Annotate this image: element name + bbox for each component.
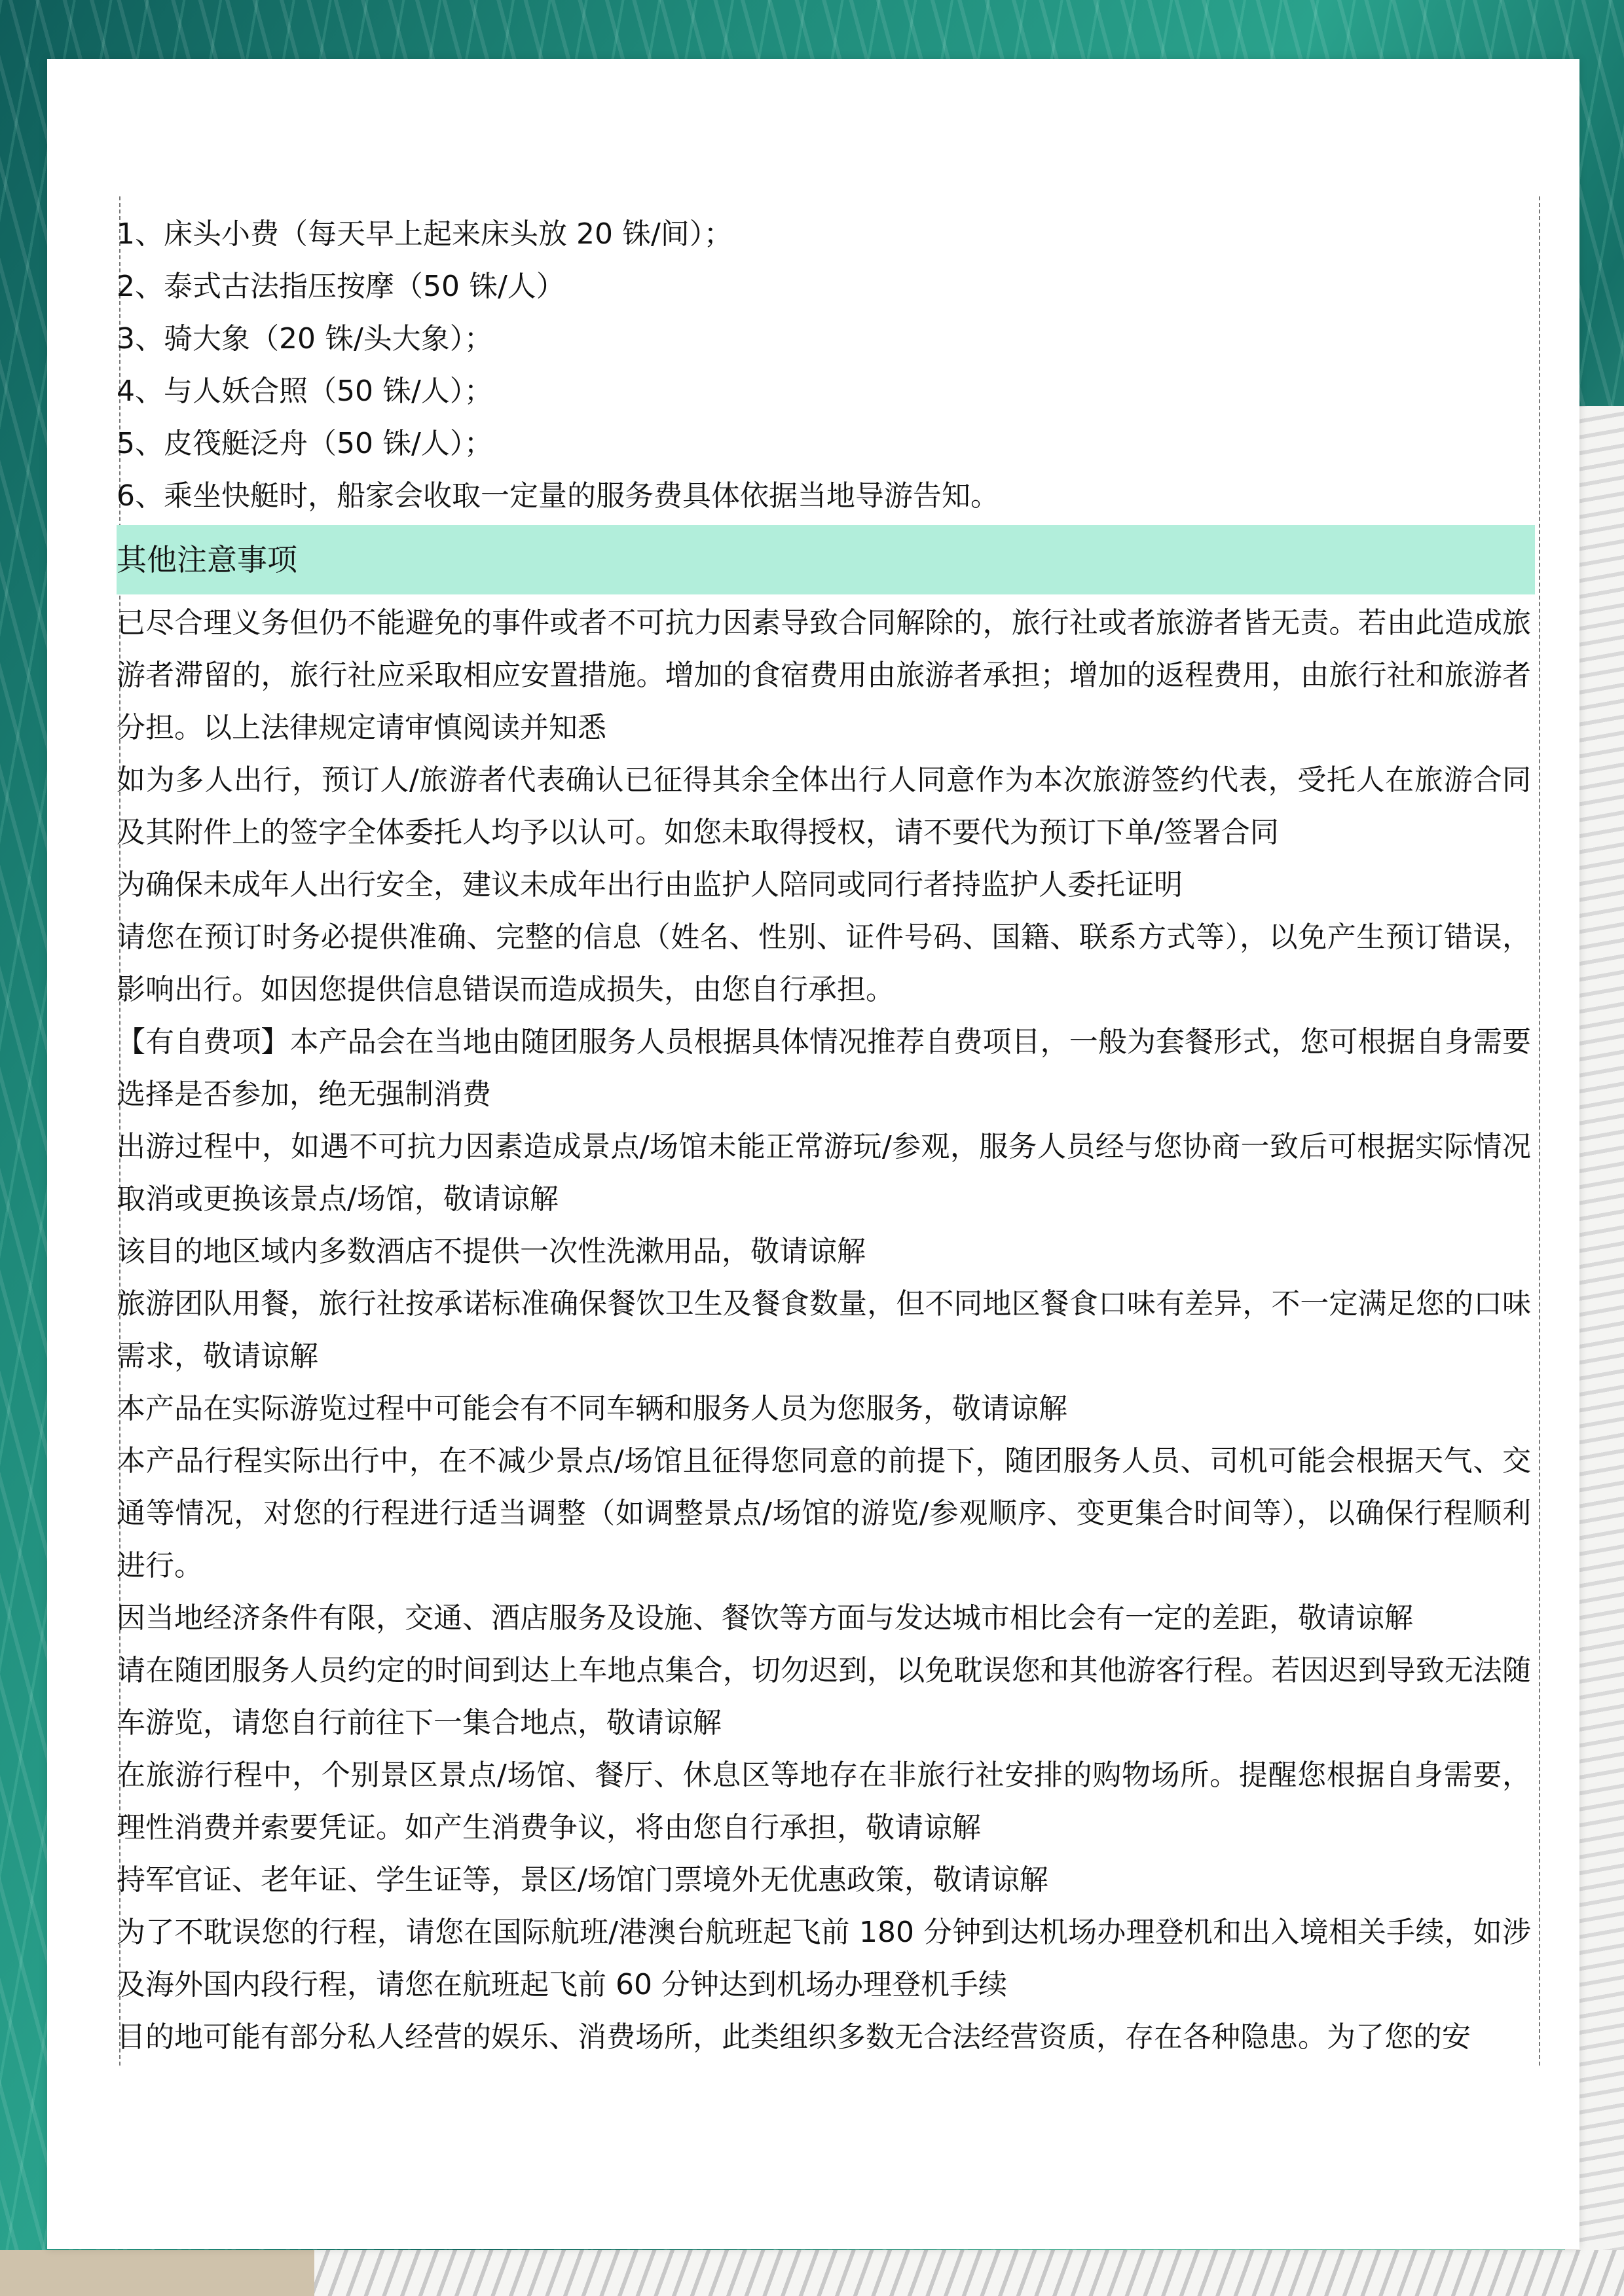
fee-item: 3、骑大象（20 铢/头大象）； [117, 313, 1535, 365]
fee-item: 6、乘坐快艇时，船家会收取一定量的服务费具体依据当地导游告知。 [117, 470, 1535, 522]
document-content: 1、床头小费（每天早上起来床头放 20 铢/间）； 2、泰式古法指压按摩（50 … [117, 208, 1535, 2064]
notice-paragraph: 因当地经济条件有限，交通、酒店服务及设施、餐饮等方面与发达城市相比会有一定的差距… [117, 1592, 1535, 1645]
fee-item: 1、床头小费（每天早上起来床头放 20 铢/间）； [117, 208, 1535, 261]
fee-item-list: 1、床头小费（每天早上起来床头放 20 铢/间）； 2、泰式古法指压按摩（50 … [117, 208, 1535, 522]
notice-paragraph: 请您在预订时务必提供准确、完整的信息（姓名、性别、证件号码、国籍、联系方式等），… [117, 911, 1535, 1016]
notice-paragraph: 为了不耽误您的行程，请您在国际航班/港澳台航班起飞前 180 分钟到达机场办理登… [117, 1906, 1535, 2011]
fee-item: 4、与人妖合照（50 铢/人）； [117, 365, 1535, 418]
background-bottom-texture [0, 2250, 1624, 2296]
notice-paragraph: 本产品在实际游览过程中可能会有不同车辆和服务人员为您服务，敬请谅解 [117, 1383, 1535, 1435]
notice-paragraph: 持军官证、老年证、学生证等，景区/场馆门票境外无优惠政策，敬请谅解 [117, 1854, 1535, 1906]
notice-paragraph: 已尽合理义务但仍不能避免的事件或者不可抗力因素导致合同解除的，旅行社或者旅游者皆… [117, 597, 1535, 754]
notice-paragraph: 旅游团队用餐，旅行社按承诺标准确保餐饮卫生及餐食数量，但不同地区餐食口味有差异，… [117, 1278, 1535, 1383]
notice-paragraph: 如为多人出行，预订人/旅游者代表确认已征得其余全体出行人同意作为本次旅游签约代表… [117, 754, 1535, 859]
notice-paragraph: 本产品行程实际出行中，在不减少景点/场馆且征得您同意的前提下，随团服务人员、司机… [117, 1435, 1535, 1592]
notice-paragraph: 【有自费项】本产品会在当地由随团服务人员根据具体情况推荐自费项目，一般为套餐形式… [117, 1016, 1535, 1121]
fee-item: 2、泰式古法指压按摩（50 铢/人） [117, 261, 1535, 313]
notice-paragraph: 在旅游行程中，个别景区景点/场馆、餐厅、休息区等地存在非旅行社安排的购物场所。提… [117, 1749, 1535, 1854]
notice-paragraph: 请在随团服务人员约定的时间到达上车地点集合，切勿迟到，以免耽误您和其他游客行程。… [117, 1645, 1535, 1749]
notice-paragraph: 目的地可能有部分私人经营的娱乐、消费场所，此类组织多数无合法经营资质，存在各种隐… [117, 2011, 1535, 2064]
fee-item: 5、皮筏艇泛舟（50 铢/人）； [117, 418, 1535, 470]
notice-paragraphs: 已尽合理义务但仍不能避免的事件或者不可抗力因素导致合同解除的，旅行社或者旅游者皆… [117, 597, 1535, 2064]
notice-paragraph: 为确保未成年人出行安全，建议未成年出行由监护人陪同或同行者持监护人委托证明 [117, 859, 1535, 911]
notice-paragraph: 该目的地区域内多数酒店不提供一次性洗漱用品，敬请谅解 [117, 1226, 1535, 1278]
section-heading: 其他注意事项 [117, 525, 1535, 594]
notice-paragraph: 出游过程中，如遇不可抗力因素造成景点/场馆未能正常游玩/参观，服务人员经与您协商… [117, 1121, 1535, 1226]
